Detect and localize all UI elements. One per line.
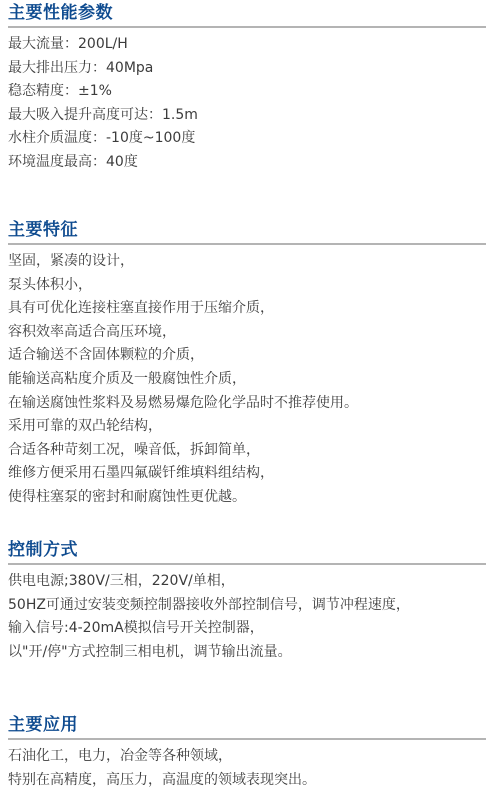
list-item: 能输送高粘度介质及一般腐蚀性介质，	[8, 368, 488, 392]
list-item: 采用可靠的双凸轮结构，	[8, 415, 488, 439]
spec-steady-accuracy: 稳态精度：±1%	[8, 80, 488, 104]
section-control-method: 控制方式 供电电源;380V/三相，220V/单相， 50HZ可通过安装变频控制…	[8, 539, 488, 664]
list-item: 石油化工，电力，冶金等各种领域，	[8, 745, 488, 769]
list-item: 合适各种苛刻工况，噪音低，拆卸简单，	[8, 439, 488, 463]
section-main-applications: 主要应用 石油化工，电力，冶金等各种领域， 特别在高精度，高压力，高温度的领域表…	[8, 714, 488, 791]
list-item: 具有可优化连接柱塞直接作用于压缩介质，	[8, 297, 488, 321]
list-item: 适合输送不含固体颗粒的介质，	[8, 344, 488, 368]
list-item: 容积效率高适合高压环境，	[8, 321, 488, 345]
divider	[8, 243, 486, 245]
list-item: 供电电源;380V/三相，220V/单相，	[8, 570, 488, 594]
spec-ambient-temperature: 环境温度最高：40度	[8, 151, 488, 175]
application-list: 石油化工，电力，冶金等各种领域， 特别在高精度，高压力，高温度的领域表现突出。	[8, 745, 488, 791]
control-list: 供电电源;380V/三相，220V/单相， 50HZ可通过安装变频控制器接收外部…	[8, 570, 488, 664]
section-performance-params: 主要性能参数 最大流量：200L/H 最大排出压力：40Mpa 稳态精度：±1%…	[8, 2, 488, 175]
divider	[8, 738, 486, 740]
section-main-features: 主要特征 坚固，紧凑的设计， 泵头体积小， 具有可优化连接柱塞直接作用于压缩介质…	[8, 219, 488, 510]
list-item: 输入信号:4-20mA模拟信号开关控制器，	[8, 617, 488, 641]
list-item: 50HZ可通过安装变频控制器接收外部控制信号，调节冲程速度，	[8, 594, 488, 618]
spec-max-flow: 最大流量：200L/H	[8, 33, 488, 57]
list-item: 在输送腐蚀性浆料及易燃易爆危险化学品时不推荐使用。	[8, 392, 488, 416]
spec-list: 最大流量：200L/H 最大排出压力：40Mpa 稳态精度：±1% 最大吸入提升…	[8, 33, 488, 175]
divider	[8, 563, 486, 565]
list-item: 以"开/停"方式控制三相电机，调节输出流量。	[8, 641, 488, 665]
section-heading: 控制方式	[8, 539, 488, 561]
list-item: 使得柱塞泵的密封和耐腐蚀性更优越。	[8, 486, 488, 510]
spec-max-discharge-pressure: 最大排出压力：40Mpa	[8, 57, 488, 81]
section-heading: 主要应用	[8, 714, 488, 736]
list-item: 特别在高精度，高压力，高温度的领域表现突出。	[8, 769, 488, 791]
section-heading: 主要性能参数	[8, 2, 488, 24]
divider	[8, 26, 486, 28]
section-heading: 主要特征	[8, 219, 488, 241]
list-item: 坚固，紧凑的设计，	[8, 250, 488, 274]
spec-medium-temperature: 水柱介质温度：-10度~100度	[8, 127, 488, 151]
list-item: 泵头体积小，	[8, 274, 488, 298]
feature-list: 坚固，紧凑的设计， 泵头体积小， 具有可优化连接柱塞直接作用于压缩介质， 容积效…	[8, 250, 488, 510]
list-item: 维修方便采用石墨四氟碳钎维填料组结构，	[8, 462, 488, 486]
spec-max-suction-lift: 最大吸入提升高度可达：1.5m	[8, 104, 488, 128]
